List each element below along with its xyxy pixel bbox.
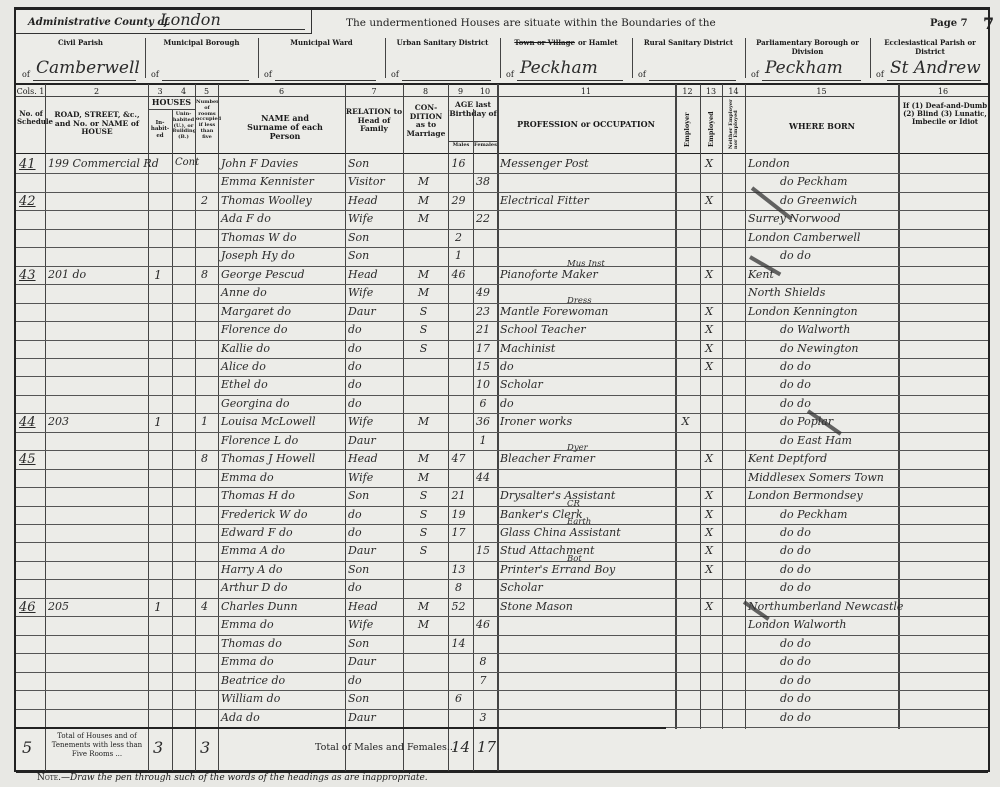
occupation: School Teacher	[500, 323, 586, 336]
relation: do	[348, 581, 362, 594]
column-number: 13	[700, 87, 722, 96]
total-rooms: 3	[200, 738, 210, 757]
census-row: Emma KennisterVisitorM38do Peckham	[0, 173, 1000, 191]
census-row: Beatrice dodo7do do	[0, 672, 1000, 690]
census-row: Thomas H doSonS21Drysalter's AssistantXL…	[0, 487, 1000, 505]
relation: do	[348, 526, 362, 539]
male-age: 1	[448, 249, 469, 262]
person-name: Emma do	[221, 655, 274, 668]
page-number-corner: 7	[983, 14, 994, 33]
birthplace: do do	[780, 360, 811, 373]
district-value-4: Peckham	[520, 58, 598, 78]
person-name: Kallie do	[221, 342, 270, 355]
birthplace: do Peckham	[780, 508, 847, 521]
marital-condition: M	[403, 471, 444, 484]
relation: Son	[348, 489, 369, 502]
col-header-neither: Neither Employer nor Employed	[729, 97, 739, 149]
birthplace: do do	[780, 249, 811, 262]
occupation-note: CR	[567, 499, 580, 509]
employed-mark: X	[700, 563, 718, 576]
employed-mark: X	[700, 305, 718, 318]
male-age: 52	[448, 600, 469, 613]
occupation: Machinist	[500, 342, 555, 355]
occupation: Electrical Fitter	[500, 194, 589, 207]
admin-county-value: London	[160, 10, 221, 29]
marital-condition: M	[403, 452, 444, 465]
birthplace: do Peckham	[780, 175, 847, 188]
birthplace: do do	[780, 378, 811, 391]
relation: Head	[348, 268, 378, 281]
schedule-number: 43	[19, 268, 36, 283]
col-header-road: ROAD, STREET, &c., and No. or NAME of HO…	[48, 111, 146, 137]
birthplace: London Bermondsey	[748, 489, 863, 502]
person-name: Thomas H do	[221, 489, 295, 502]
column-number: Cols. 1	[16, 87, 45, 96]
birthplace: London Walworth	[748, 618, 846, 631]
col-header-houses: HOUSES	[148, 98, 195, 107]
census-row: Emma doWifeM46London Walworth	[0, 616, 1000, 634]
relation: Daur	[348, 434, 376, 447]
person-name: Georgina do	[221, 397, 290, 410]
census-row: Ada doDaur3do do	[0, 709, 1000, 727]
column-number: 5	[195, 87, 218, 96]
district-label-6: Parliamentary Borough or Division	[745, 38, 870, 56]
relation: Wife	[348, 286, 373, 299]
occupation-note: Dress	[567, 296, 592, 306]
employed-mark: X	[700, 452, 718, 465]
footer-note-text: —Draw the pen through such of the words …	[61, 773, 428, 783]
boundaries-text: The undermentioned Houses are situate wi…	[346, 17, 716, 29]
census-row: Kallie dodoS17MachinistXdo Newington	[0, 340, 1000, 358]
occupation-note: Bot	[567, 554, 582, 564]
district-divider	[745, 38, 746, 78]
district-label-struck: Town or Village	[514, 38, 575, 47]
person-name: Frederick W do	[221, 508, 308, 521]
relation: do	[348, 360, 362, 373]
district-of-label: of	[22, 70, 30, 79]
marital-condition: M	[403, 175, 444, 188]
birthplace: do Newington	[780, 342, 858, 355]
census-row: Ethel dodo10Scholardo do	[0, 376, 1000, 394]
census-row: 4420311Louisa McLowellWifeM36Ironer work…	[0, 413, 1000, 431]
totals-top-line	[16, 727, 666, 729]
relation: Head	[348, 600, 378, 613]
employed-mark: X	[700, 157, 718, 170]
occupation-note: Dyer	[567, 443, 588, 453]
female-age: 36	[473, 415, 493, 428]
footer-note: Note.—Draw the pen through such of the w…	[37, 773, 428, 783]
relation: Head	[348, 452, 378, 465]
census-row: Georgina dodo6dodo do	[0, 395, 1000, 413]
female-age: 17	[473, 342, 493, 355]
person-name: Ada F do	[221, 212, 271, 225]
female-age: 7	[473, 674, 493, 687]
relation: Wife	[348, 618, 373, 631]
column-number: 11	[497, 87, 675, 96]
relation: Visitor	[348, 175, 385, 188]
census-row: Joseph Hy doSon1do do	[0, 247, 1000, 265]
occupation: Messenger Post	[500, 157, 589, 170]
district-of-label: of	[751, 70, 759, 79]
person-name: Emma Kennister	[221, 175, 314, 188]
person-name: William do	[221, 692, 280, 705]
male-age: 2	[448, 231, 469, 244]
column-number: 4	[172, 87, 195, 96]
col-header-inhabited: In-habit-ed	[149, 120, 171, 139]
birthplace: London Camberwell	[748, 231, 860, 244]
district-underline	[402, 80, 491, 81]
occupation: do	[500, 360, 514, 373]
birthplace: do do	[780, 581, 811, 594]
census-row: Ada F doWifeM22Surrey Norwood	[0, 210, 1000, 228]
employed-mark: X	[700, 268, 718, 281]
column-number: 8	[403, 87, 448, 96]
female-age: 23	[473, 305, 493, 318]
district-underline	[762, 80, 861, 81]
occupation: Drysalter's Assistant	[500, 489, 615, 502]
relation: Head	[348, 194, 378, 207]
marital-condition: S	[403, 489, 444, 502]
district-divider	[870, 38, 871, 78]
relation: do	[348, 508, 362, 521]
district-underline	[33, 80, 136, 81]
col-header-rooms: Number of rooms occupied if less than fi…	[196, 100, 218, 140]
district-of-label: of	[151, 70, 159, 79]
birthplace: Northumberland Newcastle	[748, 600, 903, 613]
person-name: John F Davies	[221, 157, 298, 170]
female-age: 15	[473, 360, 493, 373]
district-divider	[632, 38, 633, 78]
birthplace: London	[748, 157, 790, 170]
person-name: Emma do	[221, 471, 274, 484]
occupation: Scholar	[500, 378, 543, 391]
employed-mark: X	[700, 194, 718, 207]
census-row: 4620514Charles DunnHeadM52Stone MasonXNo…	[0, 598, 1000, 616]
person-name: George Pescud	[221, 268, 305, 281]
census-row: 458Thomas J HowellHeadM47Bleacher Framer…	[0, 450, 1000, 468]
inhabited-count: 1	[148, 600, 168, 614]
relation: do	[348, 397, 362, 410]
female-age: 49	[473, 286, 493, 299]
schedule-number: 45	[19, 452, 36, 467]
schedule-number: 41	[19, 157, 36, 172]
census-row: Thomas W doSon2London Camberwell	[0, 229, 1000, 247]
person-name: Thomas Woolley	[221, 194, 312, 207]
census-row: Emma doDaur8do do	[0, 653, 1000, 671]
relation: Daur	[348, 544, 376, 557]
occupation: Mantle Forewoman	[500, 305, 608, 318]
employed-mark: X	[700, 600, 718, 613]
occupation-note: Earth	[567, 517, 591, 527]
birthplace: London Kennington	[748, 305, 858, 318]
relation: Son	[348, 637, 369, 650]
person-name: Edward F do	[221, 526, 293, 539]
employed-mark: X	[700, 360, 718, 373]
schedule-number: 44	[19, 415, 36, 430]
relation: Wife	[348, 471, 373, 484]
district-divider	[500, 38, 501, 78]
census-row: Margaret doDaurS23Mantle ForewomanXLondo…	[0, 303, 1000, 321]
district-label-2: Municipal Ward	[258, 38, 385, 47]
person-name: Thomas W do	[221, 231, 297, 244]
header-row-bottom-line	[16, 153, 988, 154]
schedule-number: 46	[19, 600, 36, 615]
relation: do	[348, 378, 362, 391]
col-header-uninhabited: Unin-habited (U.), or Building (B.)	[172, 112, 195, 141]
person-name: Margaret do	[221, 305, 291, 318]
birthplace: do East Ham	[780, 434, 852, 447]
marital-condition: S	[403, 526, 444, 539]
person-name: Alice do	[221, 360, 266, 373]
occupation: Ironer works	[500, 415, 572, 428]
male-age: 29	[448, 194, 469, 207]
female-age: 15	[473, 544, 493, 557]
column-number: 14	[722, 87, 745, 96]
person-name: Harry A do	[221, 563, 282, 576]
male-age: 46	[448, 268, 469, 281]
marital-condition: S	[403, 508, 444, 521]
total-houses-label: Total of Houses and of Tenements with le…	[50, 732, 144, 758]
district-divider	[385, 38, 386, 78]
relation: Son	[348, 563, 369, 576]
marital-condition: S	[403, 544, 444, 557]
person-name: Thomas J Howell	[221, 452, 315, 465]
census-row: Frederick W dodoS19Banker's ClerkXdo Pec…	[0, 506, 1000, 524]
inhabited-count: 1	[148, 268, 168, 282]
female-age: 38	[473, 175, 493, 188]
female-age: 6	[473, 397, 493, 410]
employed-mark: X	[700, 489, 718, 502]
marital-condition: M	[403, 194, 444, 207]
male-age: 13	[448, 563, 469, 576]
district-value-0: Camberwell	[36, 58, 140, 78]
birthplace: do do	[780, 544, 811, 557]
page-label: Page 7	[930, 18, 968, 29]
person-name: Anne do	[221, 286, 267, 299]
column-number: 9	[448, 87, 473, 96]
district-of-label: of	[638, 70, 646, 79]
column-number: 15	[745, 87, 898, 96]
column-number: 7	[345, 87, 403, 96]
total-males: 14	[451, 738, 470, 756]
district-underline	[162, 80, 249, 81]
birthplace: do Greenwich	[780, 194, 858, 207]
col-header-schedule: No. of Schedule	[17, 110, 45, 126]
district-label-3: Urban Sanitary District	[385, 38, 500, 47]
person-name: Florence L do	[221, 434, 298, 447]
female-age: 44	[473, 471, 493, 484]
female-age: 10	[473, 378, 493, 391]
person-name: Emma do	[221, 618, 274, 631]
marital-condition: M	[403, 286, 444, 299]
schedule-number: 42	[19, 194, 36, 209]
district-of-label: of	[506, 70, 514, 79]
marital-condition: M	[403, 268, 444, 281]
total-schedules: 5	[22, 738, 32, 757]
column-number: 6	[218, 87, 345, 96]
relation: do	[348, 674, 362, 687]
employed-mark: X	[700, 508, 718, 521]
birthplace: do do	[780, 637, 811, 650]
employed-mark: X	[700, 342, 718, 355]
district-divider	[258, 38, 259, 78]
relation: Wife	[348, 415, 373, 428]
col-header-occupation: PROFESSION or OCCUPATION	[500, 120, 672, 129]
birthplace: do do	[780, 397, 811, 410]
census-row: 422Thomas WoolleyHeadM29Electrical Fitte…	[0, 192, 1000, 210]
occupation: Printer's Errand Boy	[500, 563, 615, 576]
occupation: Stone Mason	[500, 600, 573, 613]
footer-note-prefix: Note.	[37, 773, 61, 783]
inhabited-count: 1	[148, 415, 168, 429]
census-row: Emma doWifeM44Middlesex Somers Town	[0, 469, 1000, 487]
female-age: 1	[473, 434, 493, 447]
occupation: Glass China Assistant	[500, 526, 621, 539]
column-number: 3	[148, 87, 172, 96]
female-age: 21	[473, 323, 493, 336]
district-underline	[649, 80, 736, 81]
district-underline	[517, 80, 623, 81]
census-row: Edward F dodoS17Glass China AssistantXdo…	[0, 524, 1000, 542]
occupation: do	[500, 397, 514, 410]
person-name: Arthur D do	[221, 581, 288, 594]
col-header-relation: RELATION to Head of Family	[345, 108, 403, 134]
female-age: 22	[473, 212, 493, 225]
col-header-employed: Employed	[707, 101, 715, 147]
relation: Wife	[348, 212, 373, 225]
district-of-label: of	[264, 70, 272, 79]
person-name: Louisa McLowell	[221, 415, 316, 428]
occupation-note: Mus Inst	[567, 259, 605, 269]
relation: do	[348, 323, 362, 336]
birthplace: North Shields	[748, 286, 825, 299]
person-name: Florence do	[221, 323, 287, 336]
male-age: 21	[448, 489, 469, 502]
census-row: William doSon6do do	[0, 690, 1000, 708]
birthplace: Kent Deptford	[748, 452, 827, 465]
female-age: 46	[473, 618, 493, 631]
census-row: Thomas doSon14do do	[0, 635, 1000, 653]
employed-mark: X	[700, 544, 718, 557]
address: 201 do	[48, 268, 86, 281]
male-age: 14	[448, 637, 469, 650]
marital-condition: S	[403, 305, 444, 318]
district-underline	[887, 80, 981, 81]
address: 205	[48, 600, 69, 613]
census-row: Anne doWifeM49North Shields	[0, 284, 1000, 302]
relation: Daur	[348, 655, 376, 668]
col-header-where-born: WHERE BORN	[746, 122, 898, 131]
col-header-females: Females	[474, 143, 497, 149]
marital-condition: M	[403, 212, 444, 225]
rooms-count: 4	[195, 600, 214, 613]
person-name: Thomas do	[221, 637, 282, 650]
person-name: Emma A do	[221, 544, 285, 557]
birthplace: do do	[780, 711, 811, 724]
rooms-count: 8	[195, 268, 214, 281]
column-number: 2	[45, 87, 148, 96]
district-of-label: of	[876, 70, 884, 79]
male-age: 8	[448, 581, 469, 594]
relation: do	[348, 342, 362, 355]
rooms-count: 8	[195, 452, 214, 465]
male-age: 6	[448, 692, 469, 705]
birthplace: do do	[780, 526, 811, 539]
birthplace: Middlesex Somers Town	[748, 471, 884, 484]
district-value-7: St Andrew	[890, 58, 981, 78]
district-label-0: Civil Parish	[16, 38, 145, 47]
person-name: Ethel do	[221, 378, 268, 391]
occupation: Scholar	[500, 581, 543, 594]
female-age: 3	[473, 711, 493, 724]
census-page: Administrative County of London The unde…	[0, 0, 1000, 787]
district-underline	[275, 80, 376, 81]
relation: Daur	[348, 711, 376, 724]
relation: Son	[348, 157, 369, 170]
occupation: Pianoforte Maker	[500, 268, 598, 281]
occupation: Bleacher Framer	[500, 452, 595, 465]
admin-county-underline	[150, 29, 305, 30]
male-age: 47	[448, 452, 469, 465]
district-row-bottom-line	[16, 83, 988, 85]
marital-condition: M	[403, 415, 444, 428]
district-label-5: Rural Sanitary District	[632, 38, 745, 47]
total-females: 17	[477, 738, 496, 756]
census-row: 41199 Commercial RdContJohn F DaviesSon1…	[0, 155, 1000, 173]
district-label-1: Municipal Borough	[145, 38, 258, 47]
marital-condition: M	[403, 618, 444, 631]
relation: Daur	[348, 305, 376, 318]
rooms-count: 1	[195, 415, 214, 428]
rooms-count: 2	[195, 194, 214, 207]
marital-condition: S	[403, 323, 444, 336]
male-age: 16	[448, 157, 469, 170]
person-name: Ada do	[221, 711, 260, 724]
census-row: Florence L doDaur1do East Ham	[0, 432, 1000, 450]
relation: Son	[348, 249, 369, 262]
census-row: Alice dodo15doXdo do	[0, 358, 1000, 376]
uninhabited: Cont	[175, 157, 199, 168]
male-age: 19	[448, 508, 469, 521]
column-number: 12	[675, 87, 700, 96]
census-row: 43201 do18George PescudHeadM46Pianoforte…	[0, 266, 1000, 284]
birthplace: do do	[780, 655, 811, 668]
census-row: Harry A doSon13Printer's Errand BoyXdo d…	[0, 561, 1000, 579]
column-number: 16	[898, 87, 988, 96]
col-header-employer: Employer	[683, 101, 691, 147]
district-label-rest: or Hamlet	[578, 38, 618, 47]
employed-mark: X	[700, 323, 718, 336]
district-of-label: of	[391, 70, 399, 79]
district-divider	[145, 38, 146, 78]
employer-mark: X	[675, 415, 696, 428]
census-row: Emma A doDaurS15Stud AttachmentXdo do	[0, 542, 1000, 560]
relation: Son	[348, 692, 369, 705]
marital-condition: S	[403, 342, 444, 355]
address: 203	[48, 415, 69, 428]
census-row: Arthur D dodo8Scholardo do	[0, 579, 1000, 597]
col-header-males: Males	[449, 143, 473, 149]
male-age: 17	[448, 526, 469, 539]
birthplace: do do	[780, 563, 811, 576]
column-number: 10	[473, 87, 497, 96]
census-row: Florence dodoS21School TeacherXdo Walwor…	[0, 321, 1000, 339]
col-header-condition: CON-DITION as to Marriage	[404, 104, 448, 139]
relation: Son	[348, 231, 369, 244]
birthplace: do Walworth	[780, 323, 850, 336]
district-label-4: Town or Villageor Hamlet	[500, 38, 632, 47]
employed-mark: X	[700, 526, 718, 539]
